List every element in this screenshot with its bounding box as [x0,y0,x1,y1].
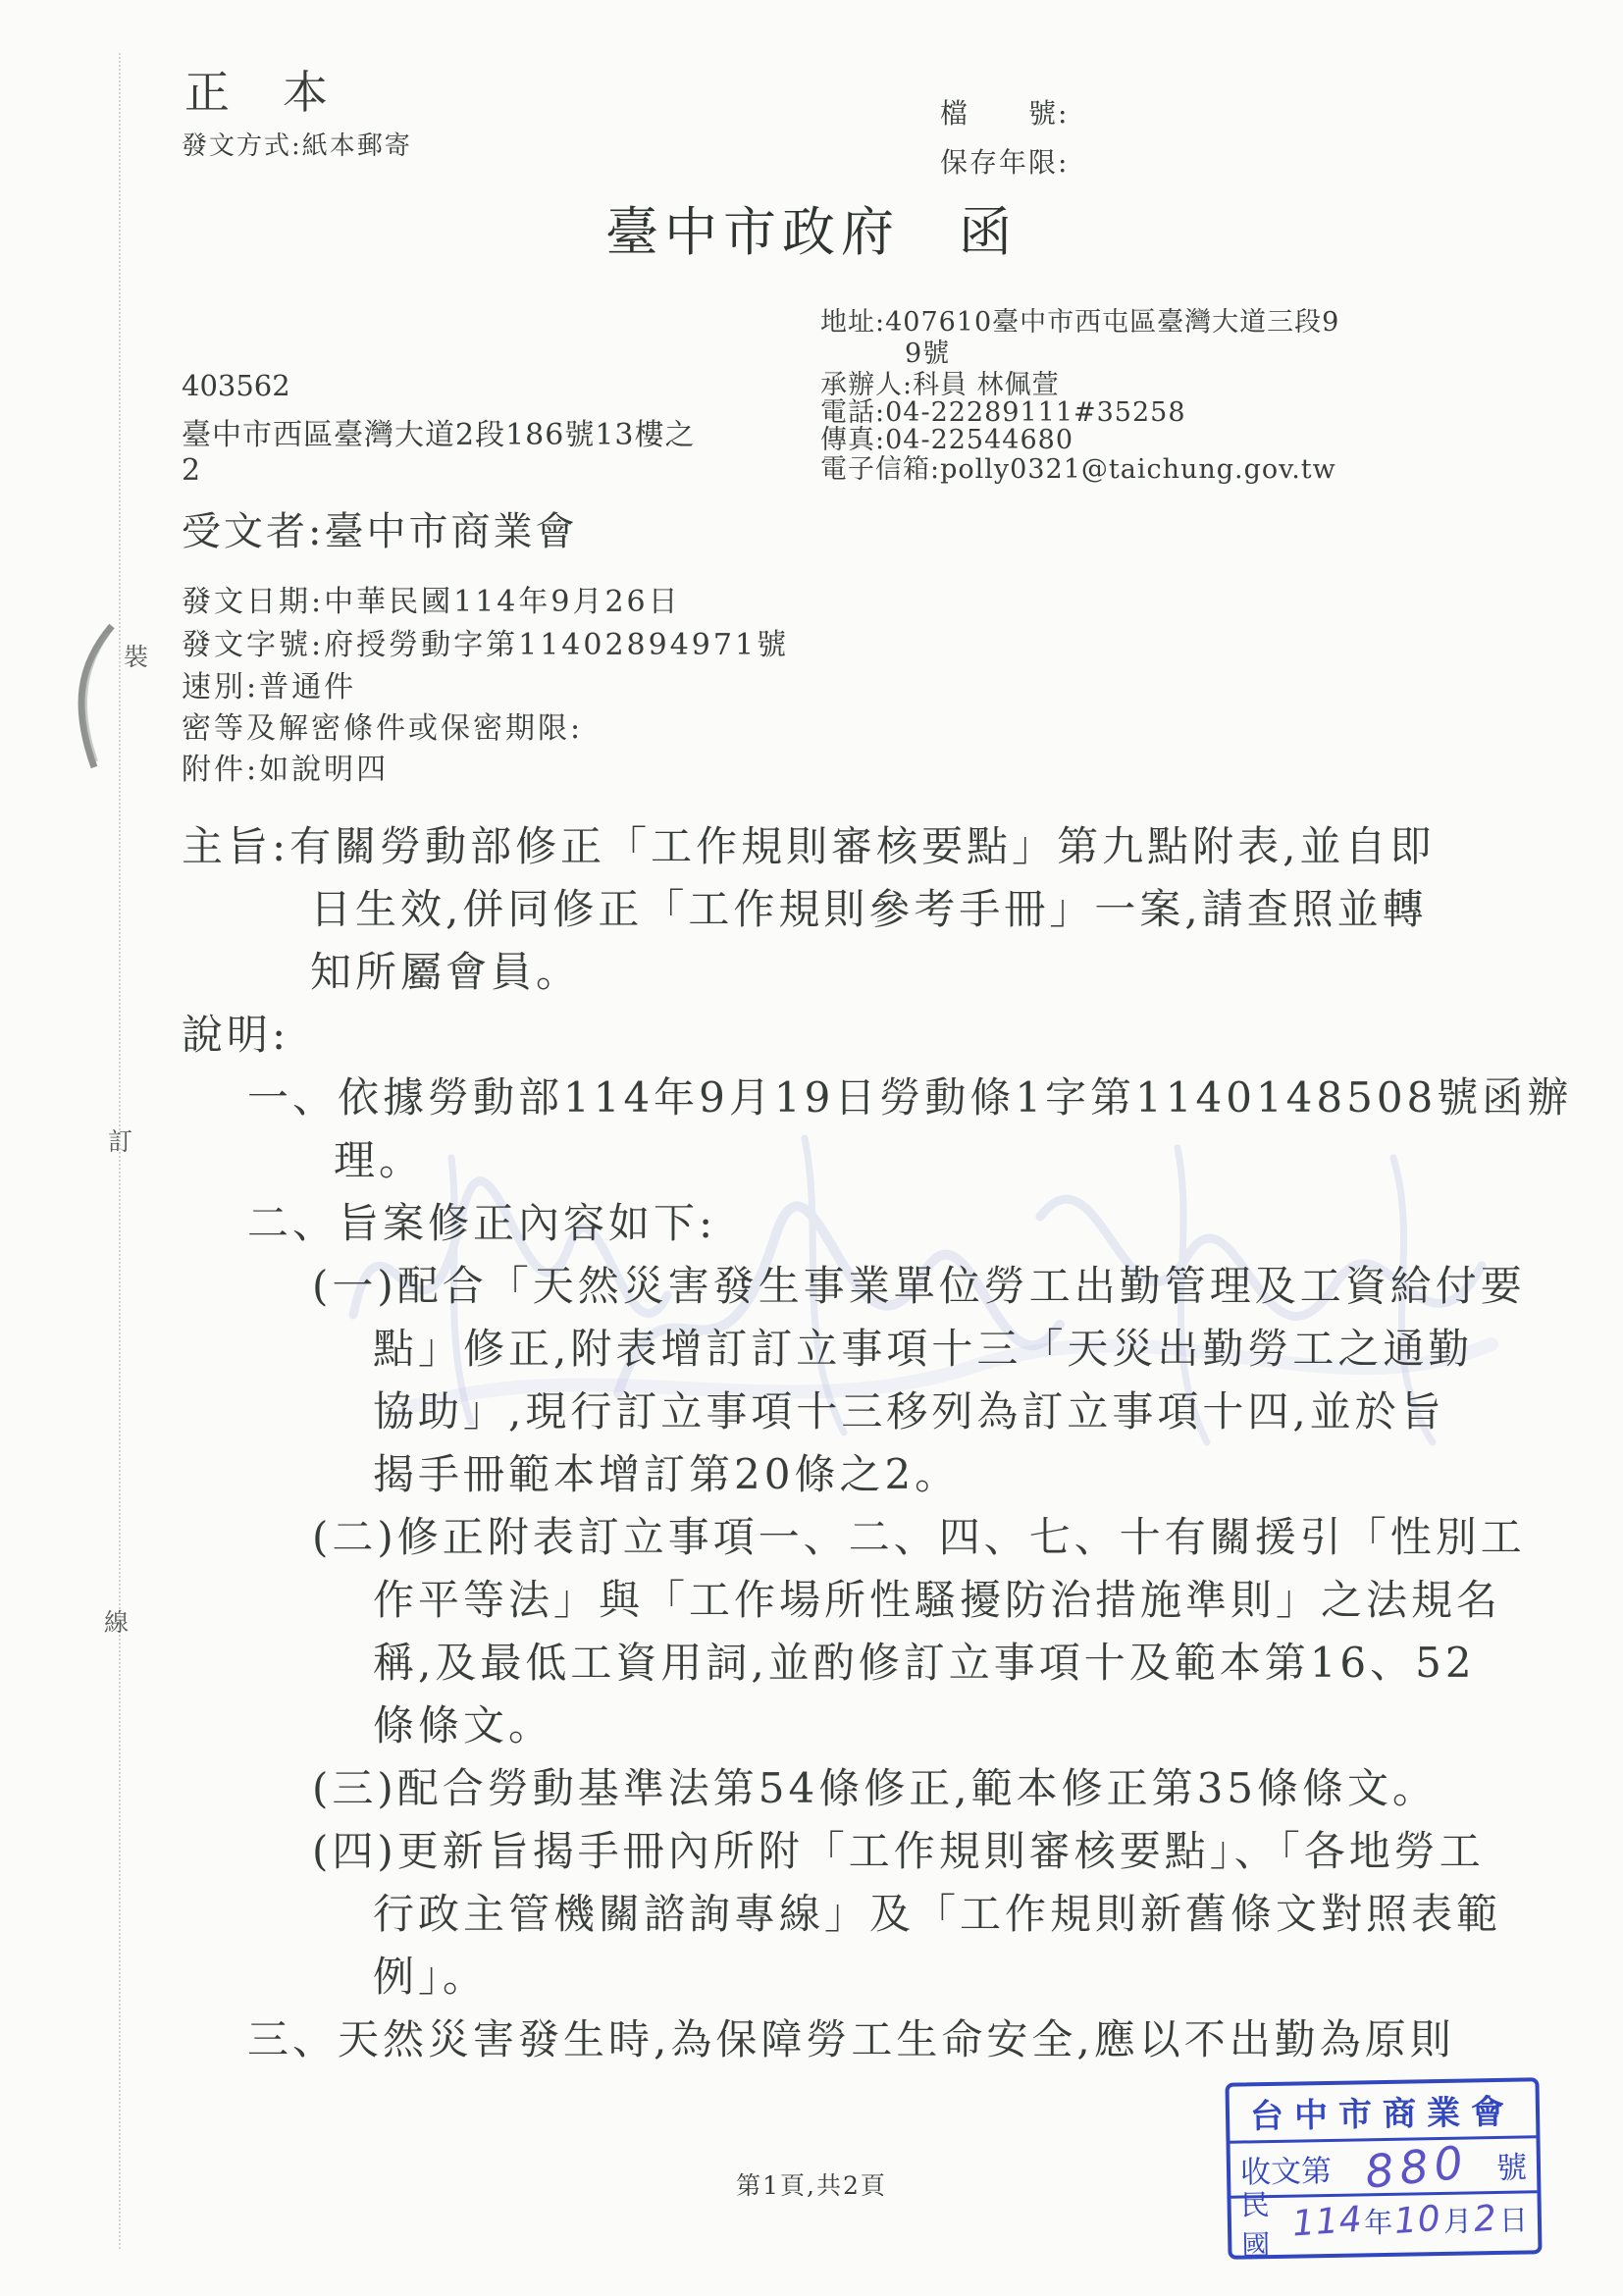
sender-address-line1: 地址:407610臺中市西屯區臺灣大道三段9 [820,300,1339,339]
body-line: (一)配合「天然災害發生事業單位勞工出勤管理及工資給付要 [312,1254,1526,1313]
body-line: 三、天然災害發生時,為保障勞工生命安全,應以不出勤為原則 [247,2008,1455,2066]
body-line: 知所屬會員。 [310,940,581,999]
recipient-address-line2: 2 [182,453,200,488]
official-letter-page: 裝 訂 線 正 本 發文方式:紙本郵寄 檔 號: 保存年限: 臺中市政府 函 地… [0,0,1623,2296]
body-line: 條條文。 [373,1694,553,1752]
copy-type-label: 正 本 [184,57,332,122]
stamp-year-label: 年 [1364,2201,1393,2242]
body-line: 一、依據勞動部114年9月19日勞動條1字第1140148508號函辦 [247,1066,1572,1124]
recipient-postal-code: 403562 [182,369,290,402]
body-line: 協助」,現行訂立事項十三移列為訂立事項十四,並於旨 [373,1380,1445,1438]
document-title: 臺中市政府 函 [0,190,1623,266]
stamp-era-prefix: 民國 [1240,2182,1290,2264]
retention-period-label: 保存年限: [940,141,1069,181]
body-line: 行政主管機關諮詢專線」及「工作規則新舊條文對照表範 [373,1882,1501,1941]
body-line: 說明: [182,1003,289,1062]
issue-date: 發文日期:中華民國114年9月26日 [182,577,681,620]
stamp-day-label: 日 [1499,2198,1529,2239]
attachment-note: 附件:如說明四 [182,745,389,788]
priority-level: 速別:普通件 [182,662,356,705]
stamp-year-handwritten: 114 [1290,2200,1363,2245]
body-line: 稱,及最低工資用詞,並酌修訂立事項十及範本第16、52 [373,1631,1476,1690]
stamp-org-name: 台中市商業會 [1230,2081,1537,2143]
body-line: (四)更新旨揭手冊內所附「工作規則審核要點」、「各地勞工 [312,1819,1485,1878]
body-line: (二)修正附表訂立事項一、二、四、七、十有關援引「性別工 [312,1505,1526,1564]
body-line: 主旨:有關勞動部修正「工作規則審核要點」第九點附表,並自即 [182,814,1436,873]
sender-email: 電子信箱:polly0321@taichung.gov.tw [820,447,1336,486]
file-number-label: 檔 號: [940,92,1069,131]
recipient-name: 受文者:臺中市商業會 [182,500,577,556]
stamp-day-handwritten: 2 [1473,2198,1499,2240]
security-classification: 密等及解密條件或保密期限: [182,704,583,747]
body-line: 例」。 [373,1945,488,2004]
stamp-date-row: 民國 114 年 10 月 2 日 [1231,2193,1539,2248]
stamp-receive-number-handwritten: 880 [1362,2135,1471,2199]
stamp-month-label: 月 [1443,2199,1473,2240]
body-line: 二、旨案修正內容如下: [247,1191,716,1250]
document-number: 發文字號:府授勞動字第11402894971號 [182,620,789,663]
body-line: (三)配合勞動基準法第54條修正,範本修正第35條條文。 [312,1756,1438,1815]
recipient-address-line1: 臺中市西區臺灣大道2段186號13樓之 [182,410,696,453]
body-line: 點」修正,附表增訂訂立事項十三「天災出勤勞工之通勤 [373,1317,1473,1376]
body-line: 理。 [334,1128,424,1187]
binding-mark-zhuang: 裝 [124,638,148,673]
received-stamp: 台中市商業會 收文第 880 號 民國 114 年 10 月 2 日 [1225,2077,1542,2260]
body-line: 日生效,併同修正「工作規則參考手冊」一案,請查照並轉 [310,877,1428,936]
binding-mark-ding: 訂 [108,1122,132,1158]
body-line: 揭手冊範本增訂第20條之2。 [373,1442,960,1501]
body-line: 作平等法」與「工作場所性騷擾防治措施準則」之法規名 [373,1568,1501,1627]
delivery-method: 發文方式:紙本郵寄 [182,126,412,162]
binding-mark-xian: 線 [104,1603,129,1639]
stamp-receive-suffix: 號 [1496,2142,1528,2187]
stamp-month-handwritten: 10 [1393,2199,1443,2242]
